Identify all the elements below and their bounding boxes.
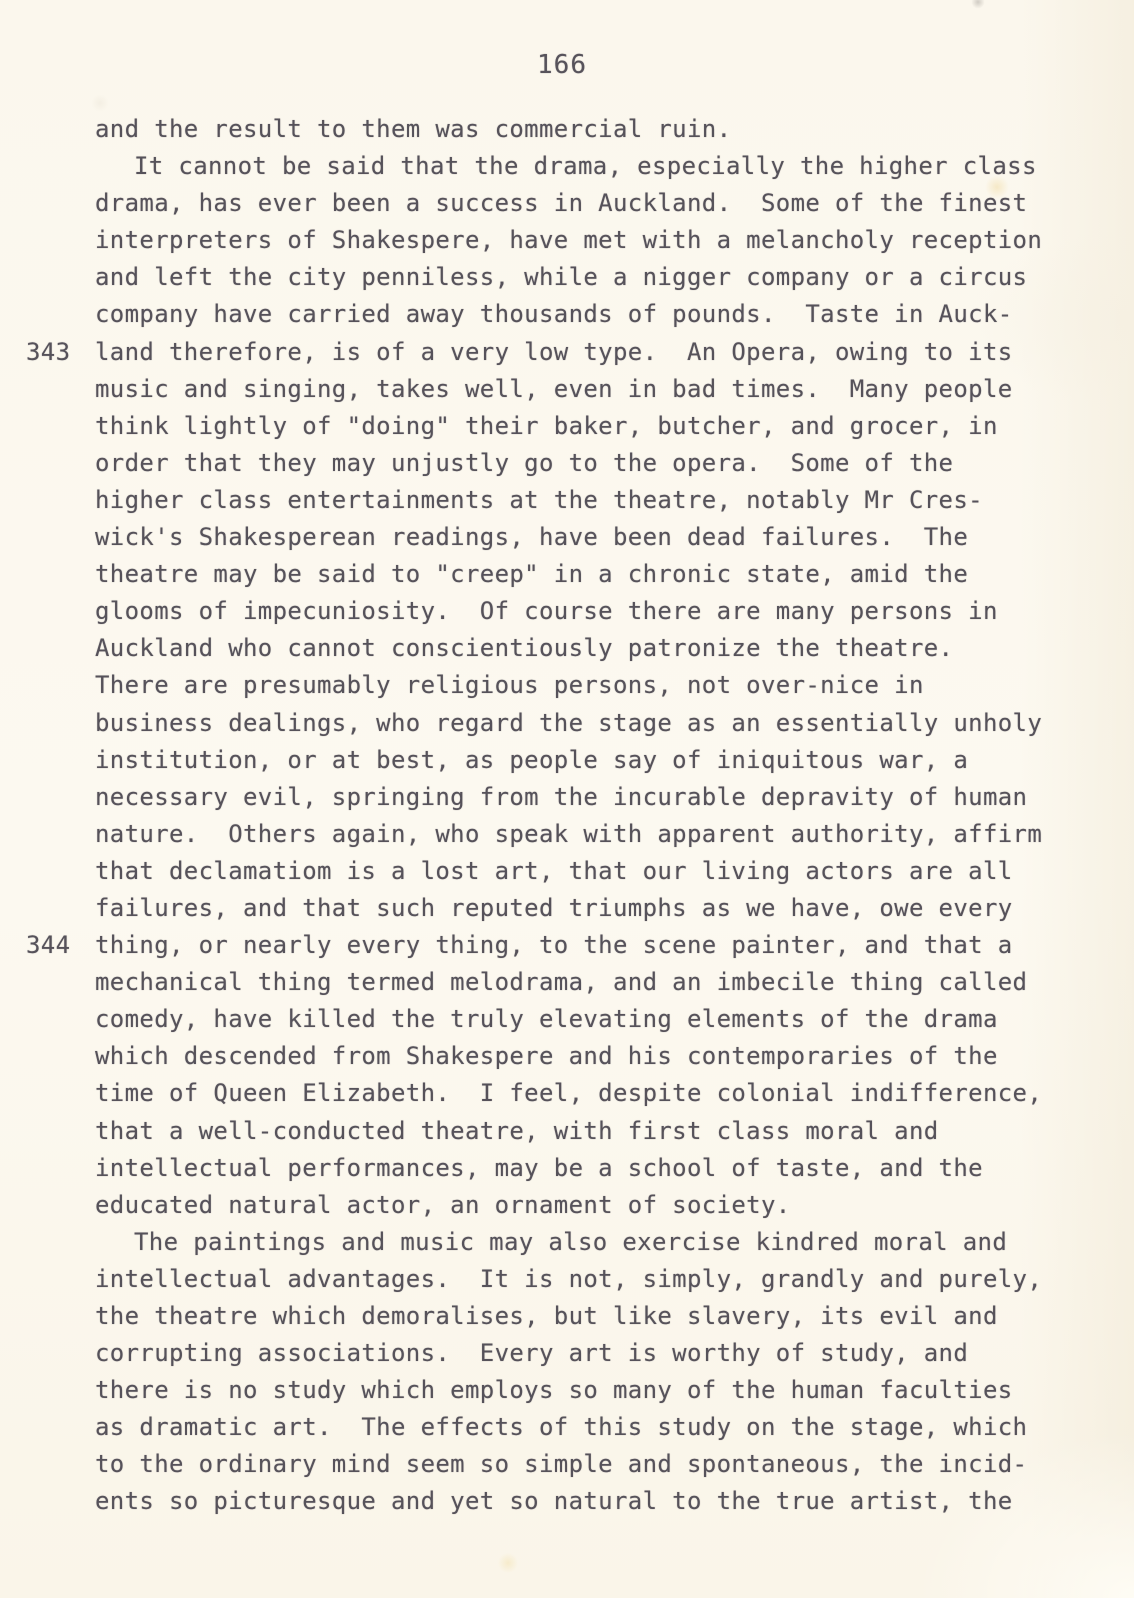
- text-line: corrupting associations. Every art is wo…: [95, 1335, 1042, 1372]
- text-line: wick's Shakesperean readings, have been …: [95, 519, 1042, 556]
- text-line: drama, has ever been a success in Auckla…: [95, 185, 1042, 222]
- text-line: nature. Others again, who speak with app…: [95, 816, 1042, 853]
- text-line: institution, or at best, as people say o…: [95, 742, 1042, 779]
- text-line: educated natural actor, an ornament of s…: [95, 1187, 1042, 1224]
- text-line: theatre may be said to "creep" in a chro…: [95, 556, 1042, 593]
- text-line: business dealings, who regard the stage …: [95, 705, 1042, 742]
- page-number: 166: [0, 50, 1124, 80]
- typewritten-page: 166 and the result to them was commercia…: [0, 0, 1134, 1598]
- text-line: company have carried away thousands of p…: [95, 296, 1042, 333]
- text-line: higher class entertainments at the theat…: [95, 482, 1042, 519]
- text-line: that a well-conducted theatre, with firs…: [95, 1113, 1042, 1150]
- margin-page-ref: 343: [26, 334, 70, 371]
- text-line: comedy, have killed the truly elevating …: [95, 1001, 1042, 1038]
- text-line: the theatre which demoralises, but like …: [95, 1298, 1042, 1335]
- text-line: There are presumably religious persons, …: [95, 667, 1042, 704]
- text-line: time of Queen Elizabeth. I feel, despite…: [95, 1075, 1042, 1112]
- text-line: thing, or nearly every thing, to the sce…: [95, 927, 1042, 964]
- text-line: that declamatiom is a lost art, that our…: [95, 853, 1042, 890]
- text-line: music and singing, takes well, even in b…: [95, 371, 1042, 408]
- page-text: and the result to them was commercial ru…: [95, 111, 1042, 1521]
- text-line: and left the city penniless, while a nig…: [95, 259, 1042, 296]
- text-line: Auckland who cannot conscientiously patr…: [95, 630, 1042, 667]
- text-line: order that they may unjustly go to the o…: [95, 445, 1042, 482]
- text-line: glooms of impecuniosity. Of course there…: [95, 593, 1042, 630]
- text-line: which descended from Shakespere and his …: [95, 1038, 1042, 1075]
- text-line: as dramatic art. The effects of this stu…: [95, 1409, 1042, 1446]
- text-line: think lightly of "doing" their baker, bu…: [95, 408, 1042, 445]
- text-line: intellectual advantages. It is not, simp…: [95, 1261, 1042, 1298]
- text-line: It cannot be said that the drama, especi…: [95, 148, 1042, 185]
- text-line: there is no study which employs so many …: [95, 1372, 1042, 1409]
- text-line: ents so picturesque and yet so natural t…: [95, 1483, 1042, 1520]
- text-line: interpreters of Shakespere, have met wit…: [95, 222, 1042, 259]
- text-line: to the ordinary mind seem so simple and …: [95, 1446, 1042, 1483]
- text-line: mechanical thing termed melodrama, and a…: [95, 964, 1042, 1001]
- text-line: intellectual performances, may be a scho…: [95, 1150, 1042, 1187]
- text-line: failures, and that such reputed triumphs…: [95, 890, 1042, 927]
- margin-page-ref: 344: [26, 927, 70, 964]
- text-line: necessary evil, springing from the incur…: [95, 779, 1042, 816]
- text-line: and the result to them was commercial ru…: [95, 111, 1042, 148]
- text-line: The paintings and music may also exercis…: [95, 1224, 1042, 1261]
- text-line: land therefore, is of a very low type. A…: [95, 334, 1042, 371]
